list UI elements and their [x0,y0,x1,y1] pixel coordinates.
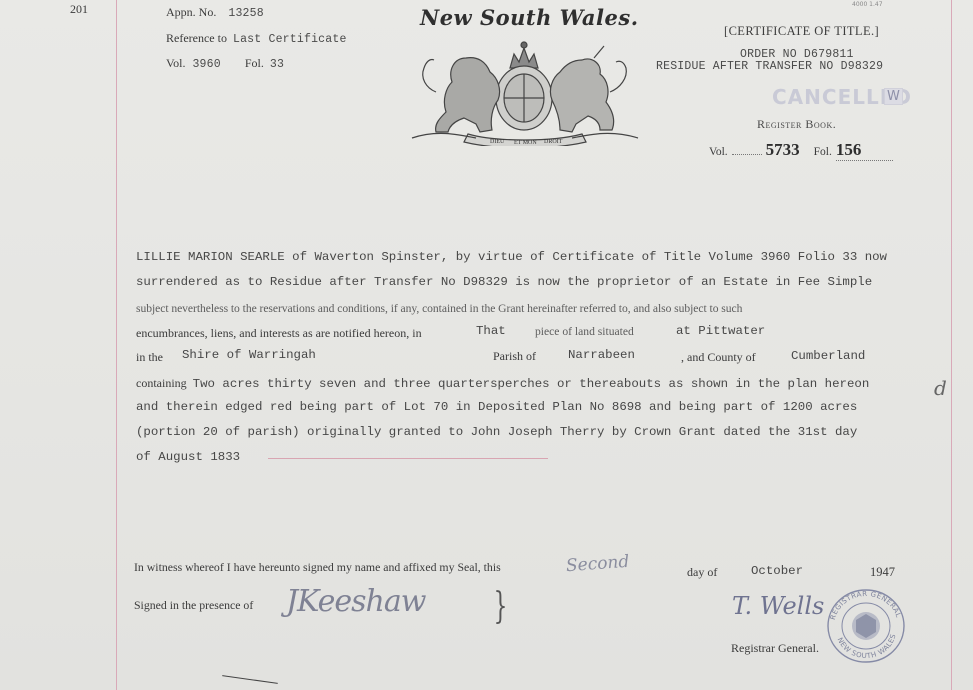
register-vol-label: Vol. [709,146,728,158]
registrar-seal-icon: REGISTRAR GENERAL NEW SOUTH WALES [826,588,906,664]
witness-statement: In witness whereof I have hereunto signe… [134,560,501,575]
in-the-label: in the [136,350,163,364]
appn-label: Appn. No. [166,5,216,19]
appn-value: 13258 [228,7,264,20]
month: October [751,564,803,578]
motto-word-3: DROIT [544,139,563,145]
register-vol-dots [732,154,762,155]
body-line-8: (portion 20 of parish) originally grante… [136,425,857,439]
motto-word-2: ET MON [514,140,537,146]
county-name: Cumberland [791,349,865,363]
year: 1947 [870,565,895,580]
that-word: That [476,324,506,338]
parish-label: Parish of [493,349,536,364]
body-line-5: in the Shire of Warringah Parish of Narr… [136,348,916,366]
left-margin-rule [116,0,117,690]
containing-label: containing [136,376,187,390]
day-written: Second [565,552,630,576]
body-line-9: of August 1833 [136,450,240,464]
body-line-1: LILLIE MARION SEARLE of Waverton Spinste… [136,250,887,264]
reference-label: Reference to [166,31,227,45]
register-fol-label: Fol. [814,146,832,158]
motto-word-1: DIEU [490,139,505,145]
reference-value: Last Certificate [233,33,347,46]
body-line-7: and therein edged red being part of Lot … [136,400,857,414]
residue-transfer-number: RESIDUE AFTER TRANSFER NO D98329 [656,60,883,73]
registrar-signature: T. Wells [732,592,824,620]
end-of-text-rule [268,458,548,459]
registrar-title: Registrar General. [731,641,819,656]
register-book-label: Register Book. [757,117,836,132]
area-description: Two acres thirty seven and three quarter… [193,377,870,391]
body-line-3: subject nevertheless to the reservations… [136,302,742,315]
prev-vol-value: 3960 [192,58,220,71]
parish-name: Narrabeen [568,348,635,362]
margin-initial: d [934,376,947,400]
signature-brace: } [494,586,508,627]
register-vol-value: 5733 [766,140,800,159]
margin-number: 201 [70,2,88,17]
reference-row: Reference to Last Certificate [166,29,347,47]
body-line-4: encumbrances, liens, and interests as ar… [136,324,916,342]
appn-number-row: Appn. No. 13258 [166,3,264,21]
prev-fol-label: Fol. [245,56,264,70]
county-label: , and County of [681,350,756,365]
coat-of-arms-icon: DIEU ET MON DROIT [406,38,642,146]
state-title: New South Wales. [420,5,639,30]
prev-vol-label: Vol. [166,56,185,70]
stamp-initial: W [884,88,903,105]
land-location: at Pittwater [676,324,765,338]
encumbrances-text: encumbrances, liens, and interests as ar… [136,326,422,340]
registrar-seal: REGISTRAR GENERAL NEW SOUTH WALES [826,588,906,664]
corner-note: 4000 1.47 [852,1,883,8]
signed-presence-label: Signed in the presence of [134,598,253,613]
previous-vol-fol-row: Vol. 3960 Fol. 33 [166,54,284,72]
bottom-pencil-mark [222,675,278,684]
body-line-6: containing Two acres thirty seven and th… [136,374,869,392]
shire-name: Shire of Warringah [182,348,316,362]
register-vol-fol-row: Vol. 5733 Fol. 156 [709,140,893,161]
piece-of-land-text: piece of land situated [535,325,634,338]
day-of-label: day of [687,565,717,580]
register-fol-value: 156 [836,140,894,161]
certificate-label: [CERTIFICATE OF TITLE.] [724,24,879,39]
cancelled-stamp-row: CANCELLED W [772,85,912,109]
certificate-page: 201 Appn. No. 13258 Reference to Last Ce… [0,0,973,690]
coat-of-arms: DIEU ET MON DROIT [406,38,642,146]
body-line-2: surrendered as to Residue after Transfer… [136,275,872,289]
witness-signature: JKeeshaw [286,584,425,619]
prev-fol-value: 33 [270,58,284,71]
right-margin-rule [951,0,952,690]
